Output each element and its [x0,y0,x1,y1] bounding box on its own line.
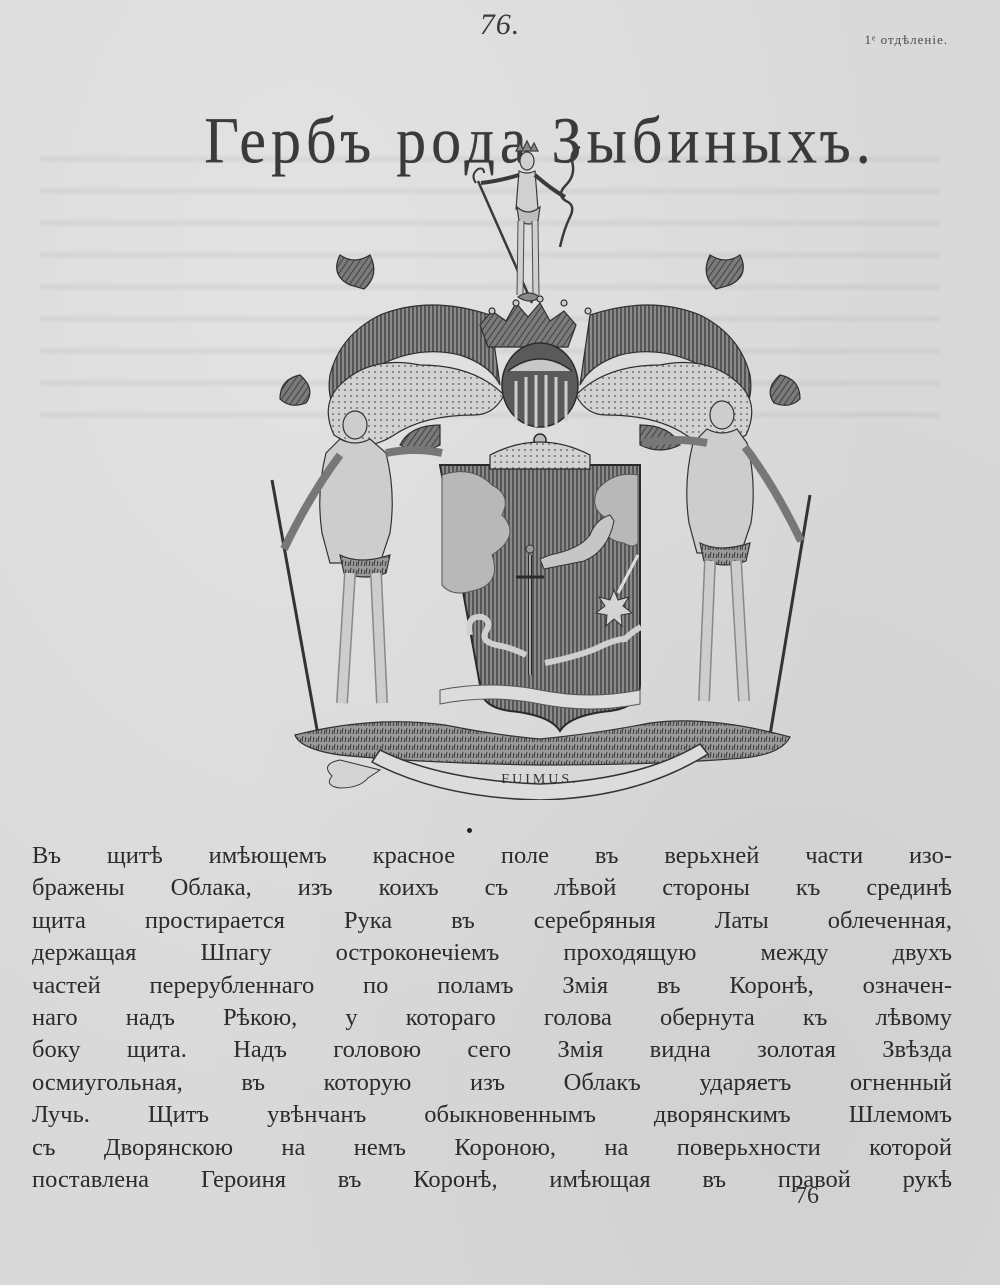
mantling-left [280,255,504,450]
motto-text: FUIMUS. [501,772,578,787]
text-line: щита простирается Рука въ серебряныя Лат… [32,905,952,937]
coronet [480,296,591,347]
helmet [502,343,578,446]
text-line: бражены Облака, изъ коихъ съ лѣвой сторо… [32,872,952,904]
crest-figure [473,141,580,303]
text-line: съ Дворянскою на немъ Короною, на поверь… [32,1132,952,1164]
coat-of-arms-illustration: FUIMUS. [240,135,840,800]
page-number-top: 76. [0,8,1000,42]
catchword-page-number: 76 [795,1183,819,1210]
mantling-right [576,255,800,450]
text-line: осмиугольная, въ которую изъ Облакъ удар… [32,1067,952,1099]
text-line: частей перерубленнаго по поламъ Змія въ … [32,970,952,1002]
text-line: Въ щитѣ имѣющемъ красное поле въ верьхне… [32,840,952,872]
text-line: наго надъ Рѣкою, у котораго голова оберн… [32,1002,952,1034]
ground-compartment [295,721,790,765]
section-label: 1ᵉ отдѣленіе. [865,32,948,48]
blazon-description: Въ щитѣ имѣющемъ красное поле въ верьхне… [32,840,952,1196]
shield [440,442,641,731]
text-line: держащая Шпагу остроконечіемъ проходящую… [32,937,952,969]
supporter-left [272,411,442,735]
printer-dot [467,828,472,833]
page: 76. 1ᵉ отдѣленіе. Гербъ рода Зыбиныхъ. [0,0,1000,1285]
supporter-right [643,401,810,735]
text-line: боку щита. Надъ головою сего Змія видна … [32,1034,952,1066]
text-line: Лучь. Щитъ увѣнчанъ обыкновеннымъ дворян… [32,1099,952,1131]
